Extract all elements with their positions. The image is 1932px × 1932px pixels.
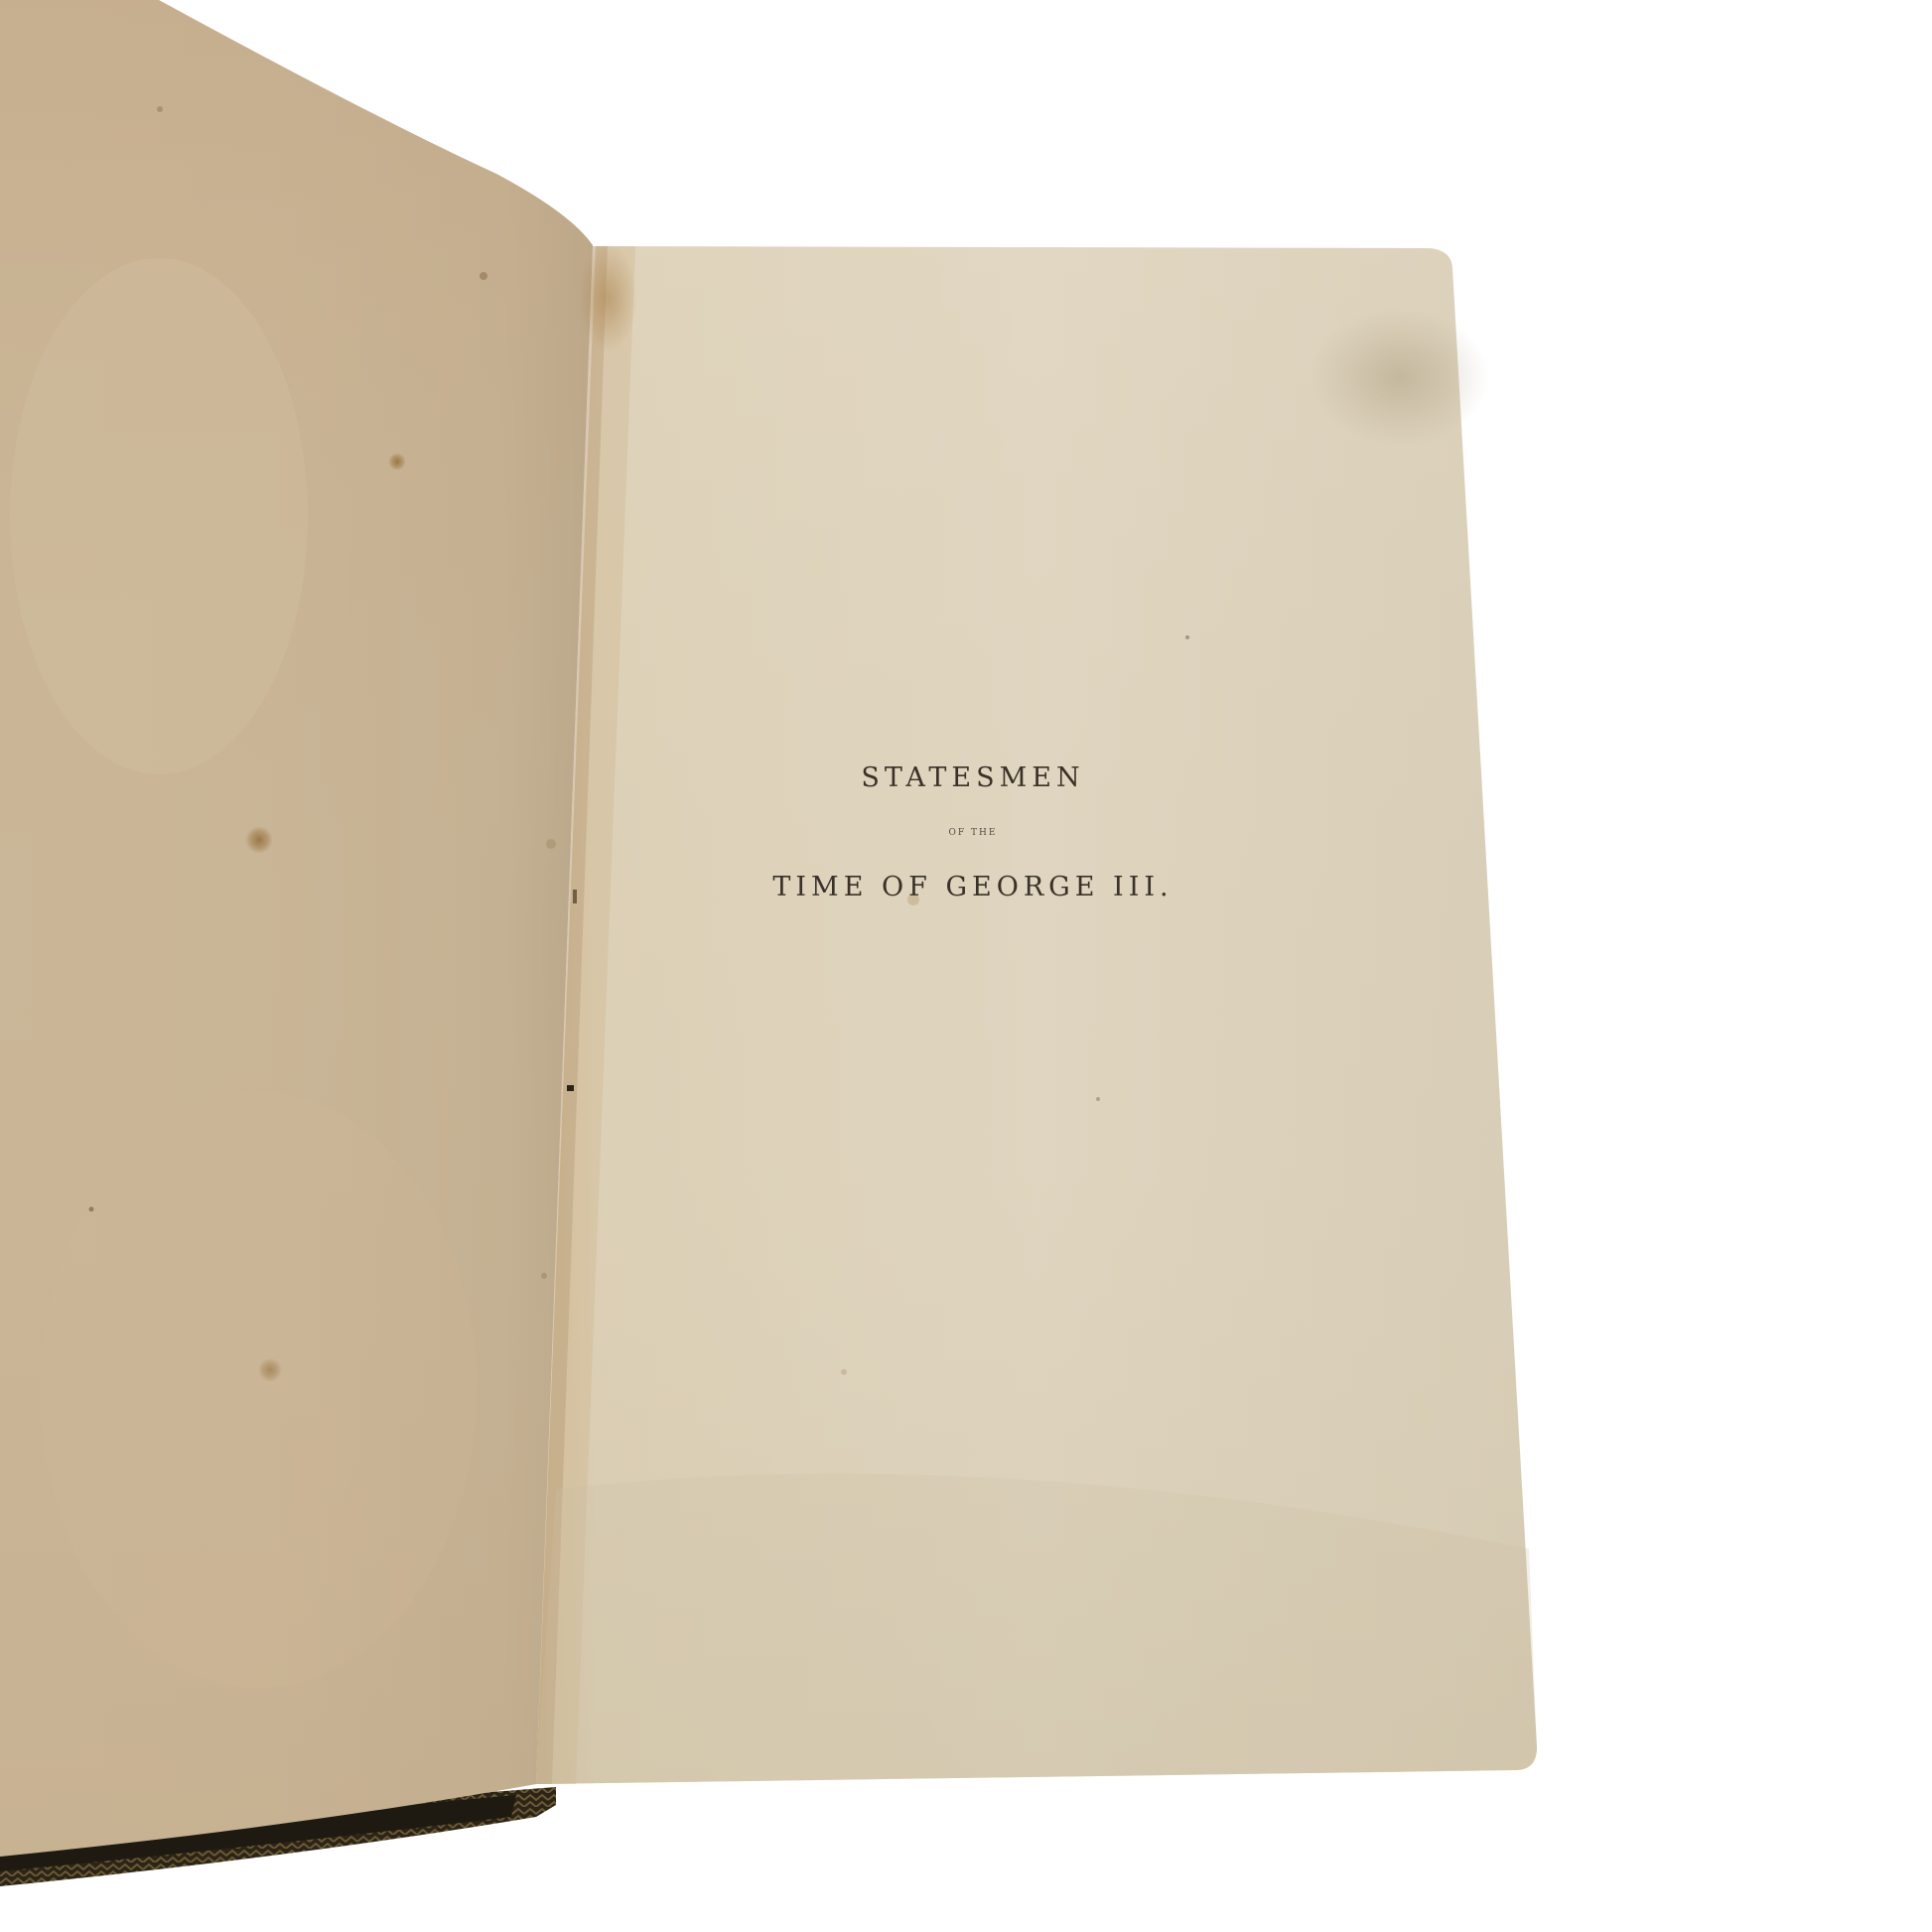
title-line-of-the: OF THE (695, 827, 1251, 839)
open-book-illustration (0, 0, 1932, 1932)
foxing-spot (258, 1358, 282, 1382)
book-photo: STATESMEN OF THE TIME OF GEORGE III. (0, 0, 1932, 1932)
title-line-statesmen: STATESMEN (695, 764, 1251, 792)
foxing-spot (245, 826, 273, 854)
foxing-spot (388, 453, 406, 471)
title-line-time-of-george: TIME OF GEORGE III. (695, 874, 1251, 901)
